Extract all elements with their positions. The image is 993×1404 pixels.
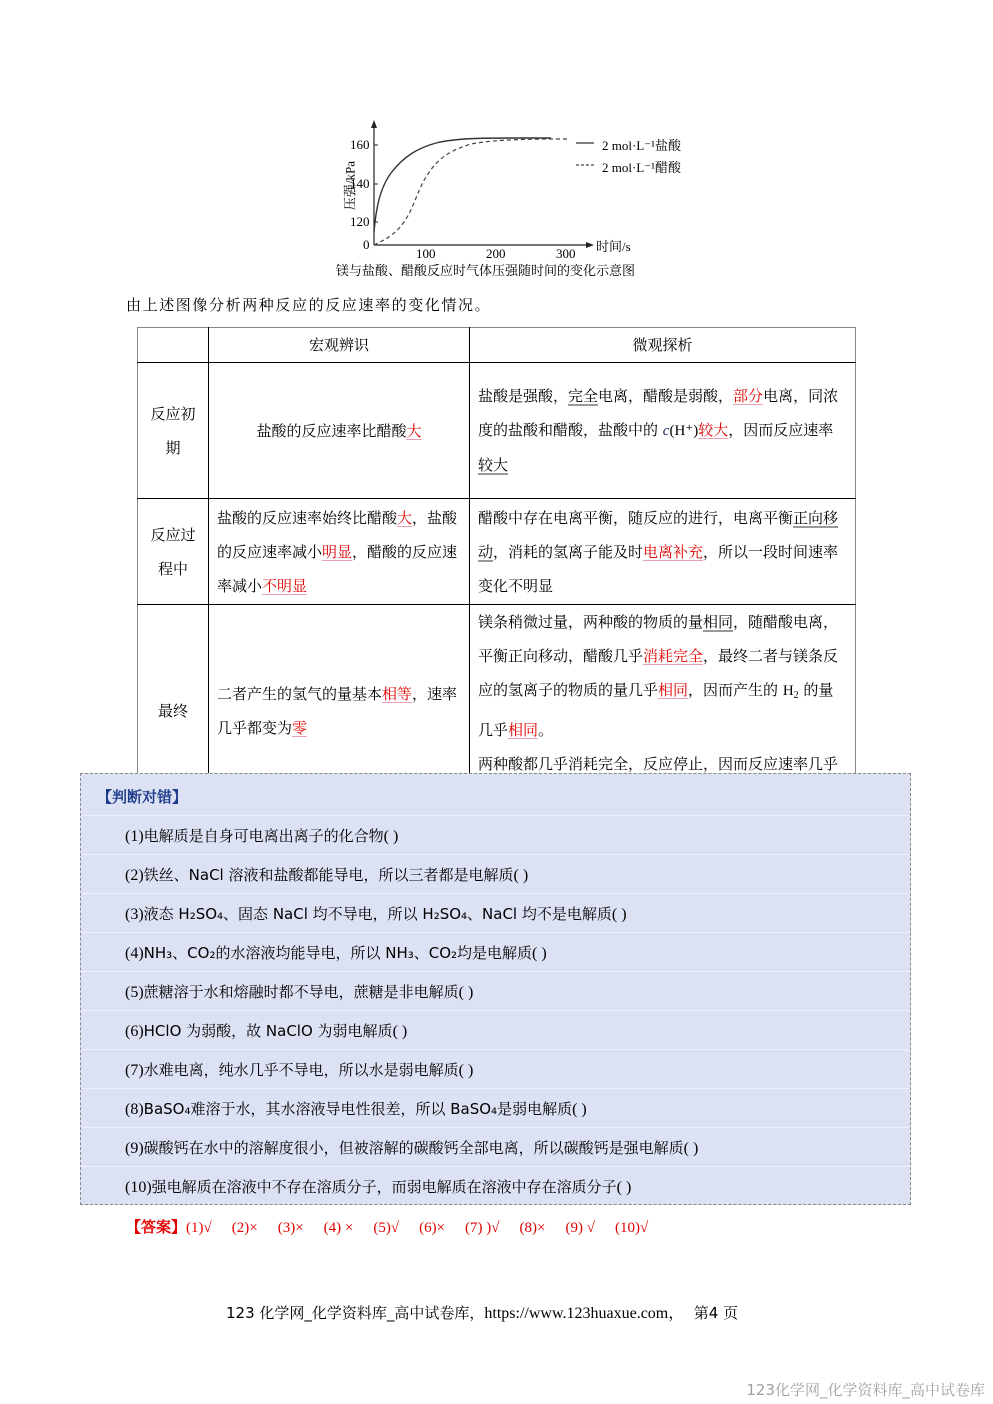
question-item: (1)电解质是自身可电离出离子的化合物( ): [81, 815, 910, 854]
pressure-time-chart: 160 140 120 0 100 200 300 时间/s 压强/kPa 2 …: [336, 118, 716, 280]
answer-tag: 【答案】: [126, 1218, 186, 1236]
analysis-table: 宏观辨识 微观探析 反应初期 盐酸的反应速率比醋酸大 盐酸是强酸，完全电离，醋酸…: [137, 327, 856, 817]
stage-cell: 反应初期: [138, 363, 209, 499]
macro-cell: 盐酸的反应速率比醋酸大: [209, 363, 470, 499]
header-cell-micro: 微观探析: [470, 328, 856, 363]
y-axis-label: 压强/kPa: [340, 151, 359, 221]
answer-blank[interactable]: ( ): [684, 1140, 699, 1157]
header-cell-macro: 宏观辨识: [209, 328, 470, 363]
true-false-section: 【判断对错】 (1)电解质是自身可电离出离子的化合物( ) (2)铁丝、NaCl…: [80, 773, 911, 1205]
question-item: (2)铁丝、NaCl 溶液和盐酸都能导电，所以三者都是电解质( ): [81, 854, 910, 893]
table-header-row: 宏观辨识 微观探析: [138, 328, 856, 363]
question-item: (3)液态 H₂SO₄、固态 NaCl 均不导电，所以 H₂SO₄、NaCl 均…: [81, 893, 910, 932]
answer-blank[interactable]: ( ): [393, 1023, 408, 1040]
table-row: 反应初期 盐酸的反应速率比醋酸大 盐酸是强酸，完全电离，醋酸是弱酸，部分电离，同…: [138, 363, 856, 499]
answer-blank[interactable]: ( ): [459, 984, 474, 1001]
answer-blank[interactable]: ( ): [572, 1101, 587, 1118]
answer-blank[interactable]: ( ): [617, 1179, 632, 1196]
y-tick-0: 0: [363, 237, 370, 253]
table-row: 反应过程中 盐酸的反应速率始终比醋酸大，盐酸的反应速率减小明显，醋酸的反应速率减…: [138, 499, 856, 605]
intro-text: 由上述图像分析两种反应的反应速率的变化情况。: [126, 294, 491, 315]
x-axis-label: 时间/s: [596, 236, 631, 255]
question-item: (8)BaSO₄难溶于水，其水溶液导电性很差，所以 BaSO₄是弱电解质( ): [81, 1088, 910, 1127]
stage-cell: 反应过程中: [138, 499, 209, 605]
answer-blank[interactable]: ( ): [612, 906, 627, 923]
page-footer: 123 化学网_化学资料库_高中试卷库，https://www.123huaxu…: [226, 1300, 738, 1323]
answer-blank[interactable]: ( ): [384, 828, 399, 845]
section-title: 【判断对错】: [97, 786, 187, 807]
answer-blank[interactable]: ( ): [459, 1062, 474, 1079]
footer-url[interactable]: https://www.123huaxue.com，: [484, 1305, 684, 1322]
header-cell-empty: [138, 328, 209, 363]
question-item: (6)HClO 为弱酸，故 NaClO 为弱电解质( ): [81, 1010, 910, 1049]
question-item: (7)水难电离，纯水几乎不导电，所以水是弱电解质( ): [81, 1049, 910, 1088]
answer-blank[interactable]: ( ): [532, 945, 547, 962]
question-item: (9)碳酸钙在水中的溶解度很小，但被溶解的碳酸钙全部电离，所以碳酸钙是强电解质(…: [81, 1127, 910, 1166]
page-number: 第4 页: [694, 1304, 738, 1322]
question-item: (10)强电解质在溶液中不存在溶质分子，而弱电解质在溶液中存在溶质分子( ): [81, 1166, 910, 1205]
question-item: (5)蔗糖溶于水和熔融时都不导电，蔗糖是非电解质( ): [81, 971, 910, 1010]
micro-cell: 盐酸是强酸，完全电离，醋酸是弱酸，部分电离，同浓度的盐酸和醋酸，盐酸中的 c(H…: [470, 363, 856, 499]
watermark: 123化学网_化学资料库_高中试卷库: [746, 1379, 985, 1400]
macro-cell: 盐酸的反应速率始终比醋酸大，盐酸的反应速率减小明显，醋酸的反应速率减小不明显: [209, 499, 470, 605]
question-item: (4)NH₃、CO₂的水溶液均能导电，所以 NH₃、CO₂均是电解质( ): [81, 932, 910, 971]
micro-cell: 醋酸中存在电离平衡，随反应的进行，电离平衡正向移动，消耗的氢离子能及时电离补充，…: [470, 499, 856, 605]
legend-hcl: 2 mol·L⁻¹盐酸: [602, 135, 681, 154]
answer-key: 【答案】(1)√(2)×(3)×(4) ×(5)√(6)×(7) )√(8)×(…: [126, 1216, 668, 1237]
chart-caption: 镁与盐酸、醋酸反应时气体压强随时间的变化示意图: [336, 260, 666, 279]
answer-blank[interactable]: ( ): [513, 867, 528, 884]
legend-acetic: 2 mol·L⁻¹醋酸: [602, 157, 681, 176]
